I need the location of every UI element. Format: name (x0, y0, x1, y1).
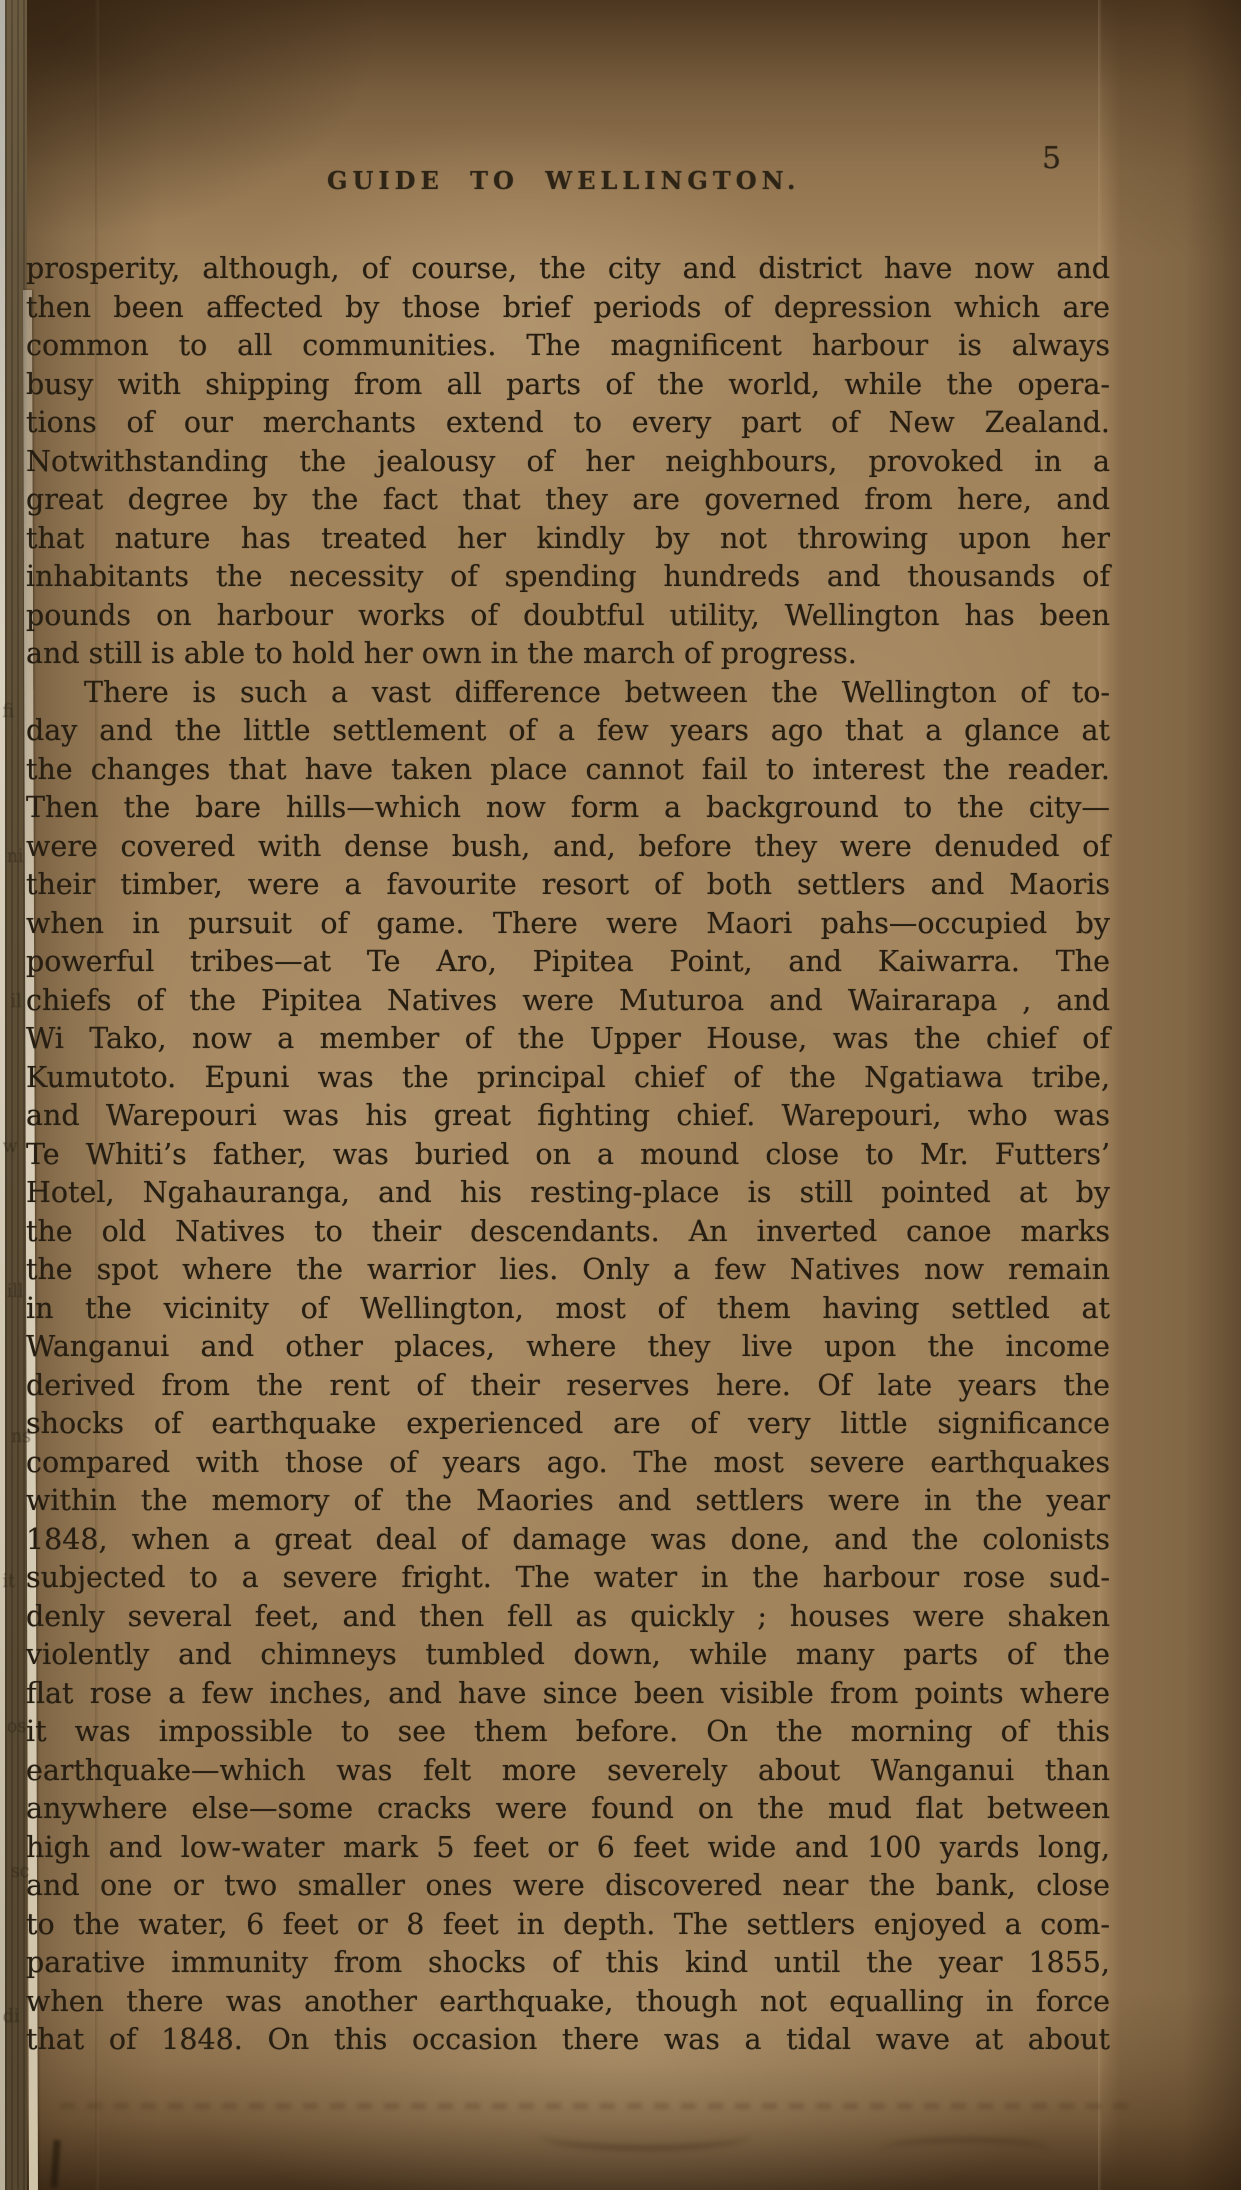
body-line: great degree by the fact that they are g… (26, 481, 1110, 520)
body-line: it was impossible to see them before. On… (26, 1713, 1110, 1752)
body-line: that of 1848. On this occasion there was… (26, 2021, 1110, 2060)
body-line: and one or two smaller ones were discove… (26, 1867, 1110, 1906)
body-line: compared with those of years ago. The mo… (26, 1444, 1110, 1483)
body-line: Hotel, Ngahauranga, and his resting-plac… (26, 1174, 1110, 1213)
bleed-fragment: it (3, 1570, 15, 1592)
bleed-fragment: di (3, 2005, 19, 2027)
body-line: violently and chimneys tumbled down, whi… (26, 1636, 1110, 1675)
body-line: derived from the rent of their reserves … (26, 1367, 1110, 1406)
body-line: Kumutoto. Epuni was the principal chief … (26, 1059, 1110, 1098)
body-line: Wanganui and other places, where they li… (26, 1328, 1110, 1367)
body-line: and still is able to hold her own in the… (26, 635, 1110, 674)
bleed-fragment: ill (7, 1280, 23, 1302)
bottom-bleed-line (60, 2103, 1140, 2109)
body-line: the spot where the warrior lies. Only a … (26, 1251, 1110, 1290)
body-line: the changes that have taken place cannot… (26, 751, 1110, 790)
stain-mark (880, 2138, 1050, 2162)
body-line: shocks of earthquake experienced are of … (26, 1405, 1110, 1444)
body-line: the old Natives to their descendants. An… (26, 1213, 1110, 1252)
body-line: anywhere else—some cracks were found on … (26, 1790, 1110, 1829)
stain-mark (540, 2120, 750, 2150)
body-text: prosperity, although, of course, the cit… (26, 250, 1110, 2060)
body-line: within the memory of the Maories and set… (26, 1482, 1110, 1521)
body-line: when there was another earthquake, thoug… (26, 1983, 1110, 2022)
body-line: high and low-water mark 5 feet or 6 feet… (26, 1829, 1110, 1868)
body-line: tions of our merchants extend to every p… (26, 404, 1110, 443)
body-line: powerful tribes—at Te Aro, Pipitea Point… (26, 943, 1110, 982)
scanned-book-page: finiilwillnsitosscdi GUIDE TO WELLINGTON… (0, 0, 1241, 2190)
body-line: and Warepouri was his great fighting chi… (26, 1097, 1110, 1136)
body-line: when in pursuit of game. There were Maor… (26, 905, 1110, 944)
body-line: There is such a vast difference between … (26, 674, 1110, 713)
body-line: pounds on harbour works of doubtful util… (26, 597, 1110, 636)
body-line: 1848, when a great deal of damage was do… (26, 1521, 1110, 1560)
body-line: prosperity, although, of course, the cit… (26, 250, 1110, 289)
body-line: earthquake—which was felt more severely … (26, 1752, 1110, 1791)
body-line: day and the little settlement of a few y… (26, 712, 1110, 751)
body-line: in the vicinity of Wellington, most of t… (26, 1290, 1110, 1329)
bleed-fragment: w (3, 1135, 18, 1157)
body-line: subjected to a severe fright. The water … (26, 1559, 1110, 1598)
body-line: Notwithstanding the jealousy of her neig… (26, 443, 1110, 482)
body-line: to the water, 6 feet or 8 feet in depth.… (26, 1906, 1110, 1945)
body-line: denly several feet, and then fell as qui… (26, 1598, 1110, 1637)
bleed-fragment: il (11, 990, 22, 1012)
body-line: Wi Tako, now a member of the Upper House… (26, 1020, 1110, 1059)
body-line: Te Whiti’s father, was buried on a mound… (26, 1136, 1110, 1175)
body-line: their timber, were a favourite resort of… (26, 866, 1110, 905)
body-line: inhabitants the necessity of spending hu… (26, 558, 1110, 597)
body-line: parative immunity from shocks of this ki… (26, 1944, 1110, 1983)
body-line: then been affected by those brief period… (26, 289, 1110, 328)
bleed-fragment: os (7, 1715, 26, 1737)
bleed-fragment: ni (7, 845, 23, 867)
page-number: 5 (1042, 141, 1061, 176)
body-line: common to all communities. The magnifice… (26, 327, 1110, 366)
right-page-fold-shadow (1098, 0, 1241, 2190)
body-line: that nature has treated her kindly by no… (26, 520, 1110, 559)
body-line: busy with shipping from all parts of the… (26, 366, 1110, 405)
running-title: GUIDE TO WELLINGTON. (327, 166, 800, 195)
body-line: Then the bare hills—which now form a bac… (26, 789, 1110, 828)
bleed-fragment: fi (3, 700, 14, 722)
body-line: flat rose a few inches, and have since b… (26, 1675, 1110, 1714)
body-line: chiefs of the Pipitea Natives were Mutur… (26, 982, 1110, 1021)
body-line: were covered with dense bush, and, befor… (26, 828, 1110, 867)
